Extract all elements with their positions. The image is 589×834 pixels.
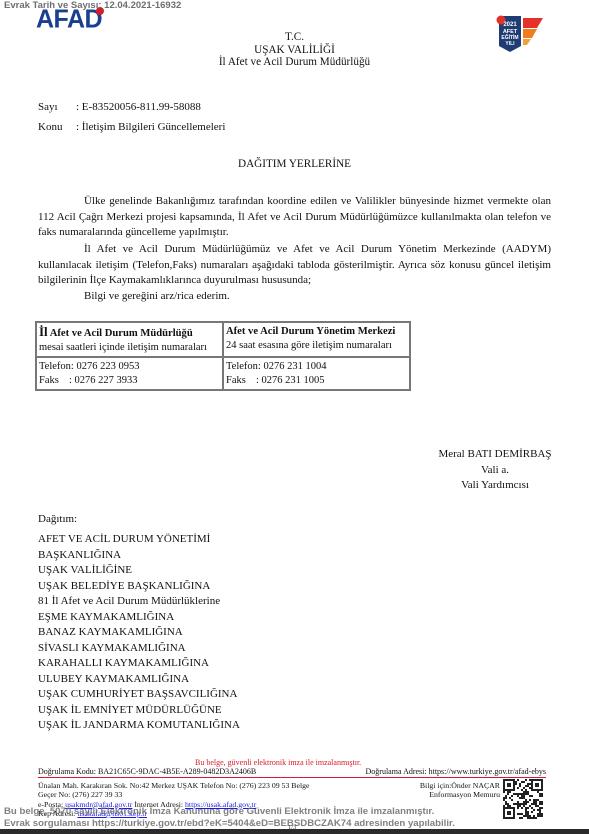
document-number-row: Sayı: E-83520056-811.99-58088	[38, 101, 201, 113]
body-paragraph-2: İl Afet ve Acil Durum Müdürlüğümüz ve Af…	[38, 242, 551, 289]
distribution-item: 81 İl Afet ve Acil Durum Müdürlüklerine	[38, 594, 240, 610]
verification-address: Doğrulama Adresi: https://www.turkiye.go…	[366, 767, 546, 776]
subject-row: Konu: İletişim Bilgileri Güncellemeleri	[38, 121, 225, 133]
address-line-1: Ünalan Mah. Karakıran Sok. No:42 Merkez …	[38, 781, 378, 790]
verification-row: Doğrulama Kodu: BA21C65C-9DAC-4B5E-A289-…	[38, 767, 546, 778]
header-tc: T.C.	[0, 31, 589, 44]
e-signature-overlay-line-1: Bu belge, 5070 sayılı Elektronik İmza Ka…	[4, 806, 434, 817]
document-header: T.C. UŞAK VALİLİĞİ İl Afet ve Acil Durum…	[0, 31, 589, 69]
table-row: Telefon: 0276 223 0953 Faks: 0276 227 39…	[36, 357, 410, 390]
subject-value: : İletişim Bilgileri Güncellemeleri	[76, 121, 225, 133]
distribution-item: UŞAK İL JANDARMA KOMUTANLIĞINA	[38, 718, 240, 734]
table-row: İl Afet ve Acil Durum Müdürlüğü mesai sa…	[36, 322, 410, 357]
header-directorate: İl Afet ve Acil Durum Müdürlüğü	[0, 56, 589, 69]
aadym-phone: Telefon: 0276 231 1004	[226, 360, 407, 374]
distribution-item: AFET VE ACİL DURUM YÖNETİMİ	[38, 532, 240, 548]
signer-title-2: Vali Yardımcısı	[400, 478, 589, 494]
distribution-item: EŞME KAYMAKAMLIĞINA	[38, 610, 240, 626]
distribution-list: AFET VE ACİL DURUM YÖNETİMİBAŞKANLIĞINAU…	[38, 532, 240, 734]
number-value: : E-83520056-811.99-58088	[76, 101, 201, 113]
aadym-fax: Faks: 0276 231 1005	[226, 374, 407, 388]
directorate-fax: Faks: 0276 227 3933	[39, 374, 220, 388]
distribution-label: Dağıtım:	[38, 513, 77, 525]
directorate-numbers-cell: Telefon: 0276 223 0953 Faks: 0276 227 39…	[36, 357, 223, 390]
signature-block: Meral BATI DEMİRBAŞ Vali a. Vali Yardımc…	[400, 447, 589, 494]
aadym-title: Afet ve Acil Durum Yönetim Merkezi	[226, 325, 407, 339]
body-paragraph-1: Ülke genelinde Bakanlığımız tarafından k…	[38, 194, 551, 241]
info-contact-title: Enformasyon Memuru	[360, 790, 500, 799]
directorate-subtitle: mesai saatleri içinde iletişim numaralar…	[39, 341, 220, 355]
recipient-title: DAĞITIM YERLERİNE	[0, 158, 589, 170]
table-header-cell-directorate: İl Afet ve Acil Durum Müdürlüğü mesai sa…	[36, 322, 223, 357]
bottom-bar	[0, 829, 589, 834]
signed-notice: Bu belge, güvenli elektronik imza ile im…	[195, 758, 361, 767]
document-date-number-stamp: Evrak Tarih ve Sayısı: 12.04.2021-16932	[4, 0, 181, 11]
distribution-item: BANAZ KAYMAKAMLIĞINA	[38, 625, 240, 641]
signer-title-1: Vali a.	[400, 463, 589, 479]
distribution-item: KARAHALLI KAYMAKAMLIĞINA	[38, 656, 240, 672]
distribution-item: BAŞKANLIĞINA	[38, 548, 240, 564]
body-paragraph-3: Bilgi ve gereğini arz/rica ederim.	[38, 289, 551, 305]
table-header-cell-aadym: Afet ve Acil Durum Yönetim Merkezi 24 sa…	[223, 322, 410, 357]
e-signature-overlay-line-2: Evrak sorgulaması https://turkiye.gov.tr…	[4, 818, 455, 829]
distribution-item: UŞAK CUMHURİYET BAŞSAVCILIĞINA	[38, 687, 240, 703]
distribution-item: UŞAK VALİLİĞİNE	[38, 563, 240, 579]
header-governorship: UŞAK VALİLİĞİ	[0, 44, 589, 57]
aadym-numbers-cell: Telefon: 0276 231 1004 Faks: 0276 231 10…	[223, 357, 410, 390]
distribution-item: SİVASLI KAYMAKAMLIĞINA	[38, 641, 240, 657]
number-label: Sayı	[38, 101, 76, 113]
verification-code: Doğrulama Kodu: BA21C65C-9DAC-4B5E-A289-…	[38, 767, 256, 776]
contact-info: Bilgi için:Önder NAÇAR Enformasyon Memur…	[360, 781, 500, 800]
aadym-subtitle: 24 saat esasına göre iletişim numaraları	[226, 339, 407, 353]
signer-name: Meral BATI DEMİRBAŞ	[400, 447, 589, 463]
directorate-phone: Telefon: 0276 223 0953	[39, 360, 220, 374]
contacts-table: İl Afet ve Acil Durum Müdürlüğü mesai sa…	[35, 321, 411, 391]
directorate-title: İl Afet ve Acil Durum Müdürlüğü	[39, 325, 220, 341]
address-line-2: Geçer No: (276) 227 39 33	[38, 790, 378, 799]
subject-label: Konu	[38, 121, 76, 133]
distribution-item: UŞAK BELEDİYE BAŞKANLIĞINA	[38, 579, 240, 595]
qr-code-icon	[503, 779, 543, 819]
badge-year: 2021	[503, 22, 517, 28]
distribution-item: UŞAK İL EMNİYET MÜDÜRLÜĞÜNE	[38, 703, 240, 719]
distribution-item: ULUBEY KAYMAKAMLIĞINA	[38, 672, 240, 688]
info-contact-name: Bilgi için:Önder NAÇAR	[360, 781, 500, 790]
